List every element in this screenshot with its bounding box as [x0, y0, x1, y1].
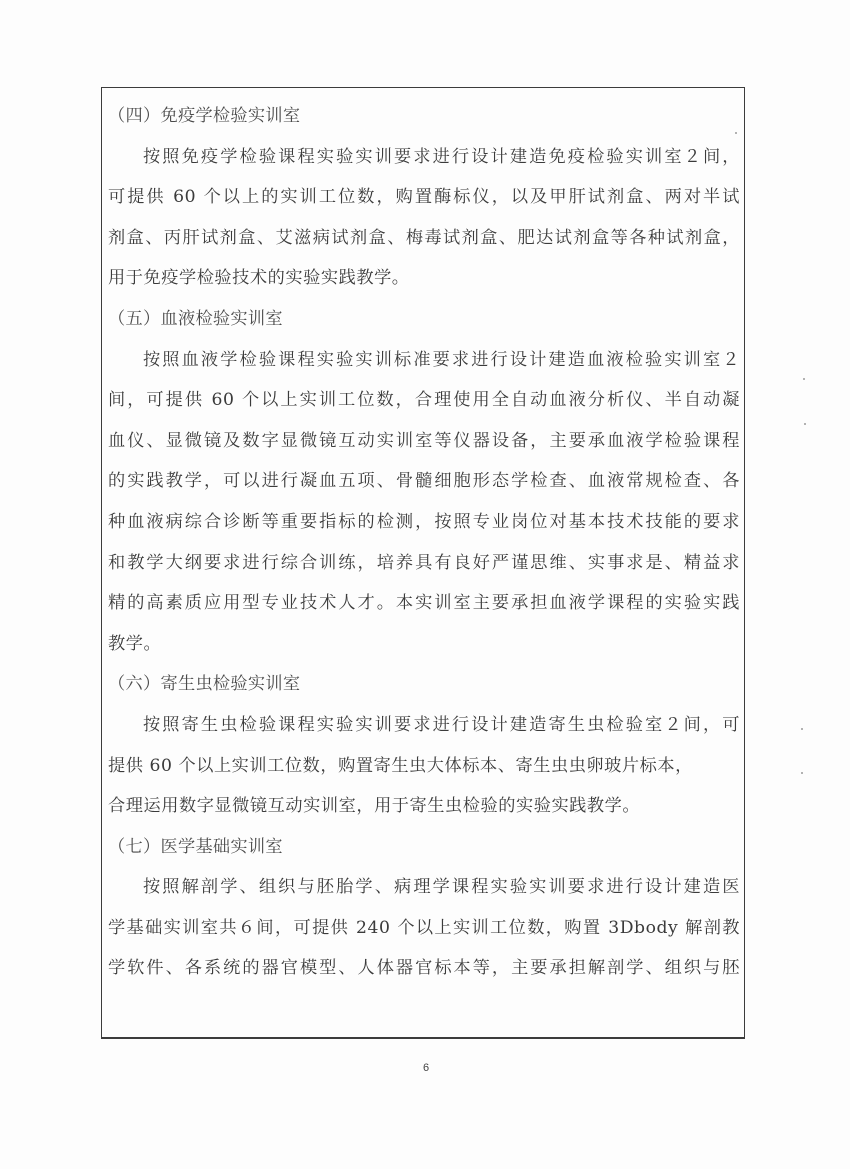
page-number: 6 — [418, 1062, 434, 1074]
paragraph-line: 合理运用数字显微镜互动实训室，用于寄生虫检验的实验实践教学。 — [108, 786, 740, 827]
paragraph-line: 教学。 — [108, 624, 740, 665]
section-heading-parasitology: （六）寄生虫检验实训室 — [108, 664, 740, 705]
paragraph-line: 用于免疫学检验技术的实验实践教学。 — [108, 258, 740, 299]
content-frame: （四）免疫学检验实训室 按照免疫学检验课程实验实训要求进行设计建造免疫检验实训室… — [101, 87, 745, 1039]
paragraph-line: 种血液病综合诊断等重要指标的检测，按照专业岗位对基本技术技能的要求 — [108, 502, 740, 543]
paragraph-line: 学基础实训室共６间，可提供 240 个以上实训工位数，购置 3Dbody 解剖教 — [108, 908, 740, 949]
section-heading-hematology: （五）血液检验实训室 — [108, 299, 740, 340]
paragraph-line: 可提供 60 个以上的实训工位数，购置酶标仪，以及甲肝试剂盒、两对半试 — [108, 177, 740, 218]
paragraph-line: 间，可提供 60 个以上实训工位数，合理使用全自动血液分析仪、半自动凝 — [108, 380, 740, 421]
paragraph-line: 精的高素质应用型专业技术人才。本实训室主要承担血液学课程的实验实践 — [108, 583, 740, 624]
paragraph-line: 提供 60 个以上实训工位数，购置寄生虫大体标本、寄生虫虫卵玻片标本， — [108, 746, 740, 787]
paragraph-line: 按照寄生虫检验课程实验实训要求进行设计建造寄生虫检验室２间，可 — [108, 705, 740, 746]
paragraph-line: 按照血液学检验课程实验实训标准要求进行设计建造血液检验实训室２ — [108, 340, 740, 381]
scan-speck — [804, 423, 806, 425]
paragraph-line: 和教学大纲要求进行综合训练，培养具有良好严谨思维、实事求是、精益求 — [108, 543, 740, 584]
section-heading-medical-basics: （七）医学基础实训室 — [108, 827, 740, 868]
document-page: （四）免疫学检验实训室 按照免疫学检验课程实验实训要求进行设计建造免疫检验实训室… — [0, 0, 850, 1169]
paragraph-line: 血仪、显微镜及数字显微镜互动实训室等仪器设备，主要承血液学检验课程 — [108, 421, 740, 462]
paragraph-line: 的实践教学，可以进行凝血五项、骨髓细胞形态学检查、血液常规检查、各 — [108, 461, 740, 502]
paragraph-line: 学软件、各系统的器官模型、人体器官标本等，主要承担解剖学、组织与胚 — [108, 948, 740, 989]
paragraph-line: 按照解剖学、组织与胚胎学、病理学课程实验实训要求进行设计建造医 — [108, 867, 740, 908]
paragraph-line: 按照免疫学检验课程实验实训要求进行设计建造免疫检验实训室２间， — [108, 137, 740, 178]
scan-speck — [735, 132, 737, 134]
content-body: （四）免疫学检验实训室 按照免疫学检验课程实验实训要求进行设计建造免疫检验实训室… — [108, 96, 740, 989]
section-heading-immunology: （四）免疫学检验实训室 — [108, 96, 740, 137]
paragraph-line: 剂盒、丙肝试剂盒、艾滋病试剂盒、梅毒试剂盒、肥达试剂盒等各种试剂盒， — [108, 218, 740, 259]
scan-speck — [801, 728, 803, 730]
scan-speck — [801, 772, 803, 774]
scan-speck — [803, 378, 805, 380]
